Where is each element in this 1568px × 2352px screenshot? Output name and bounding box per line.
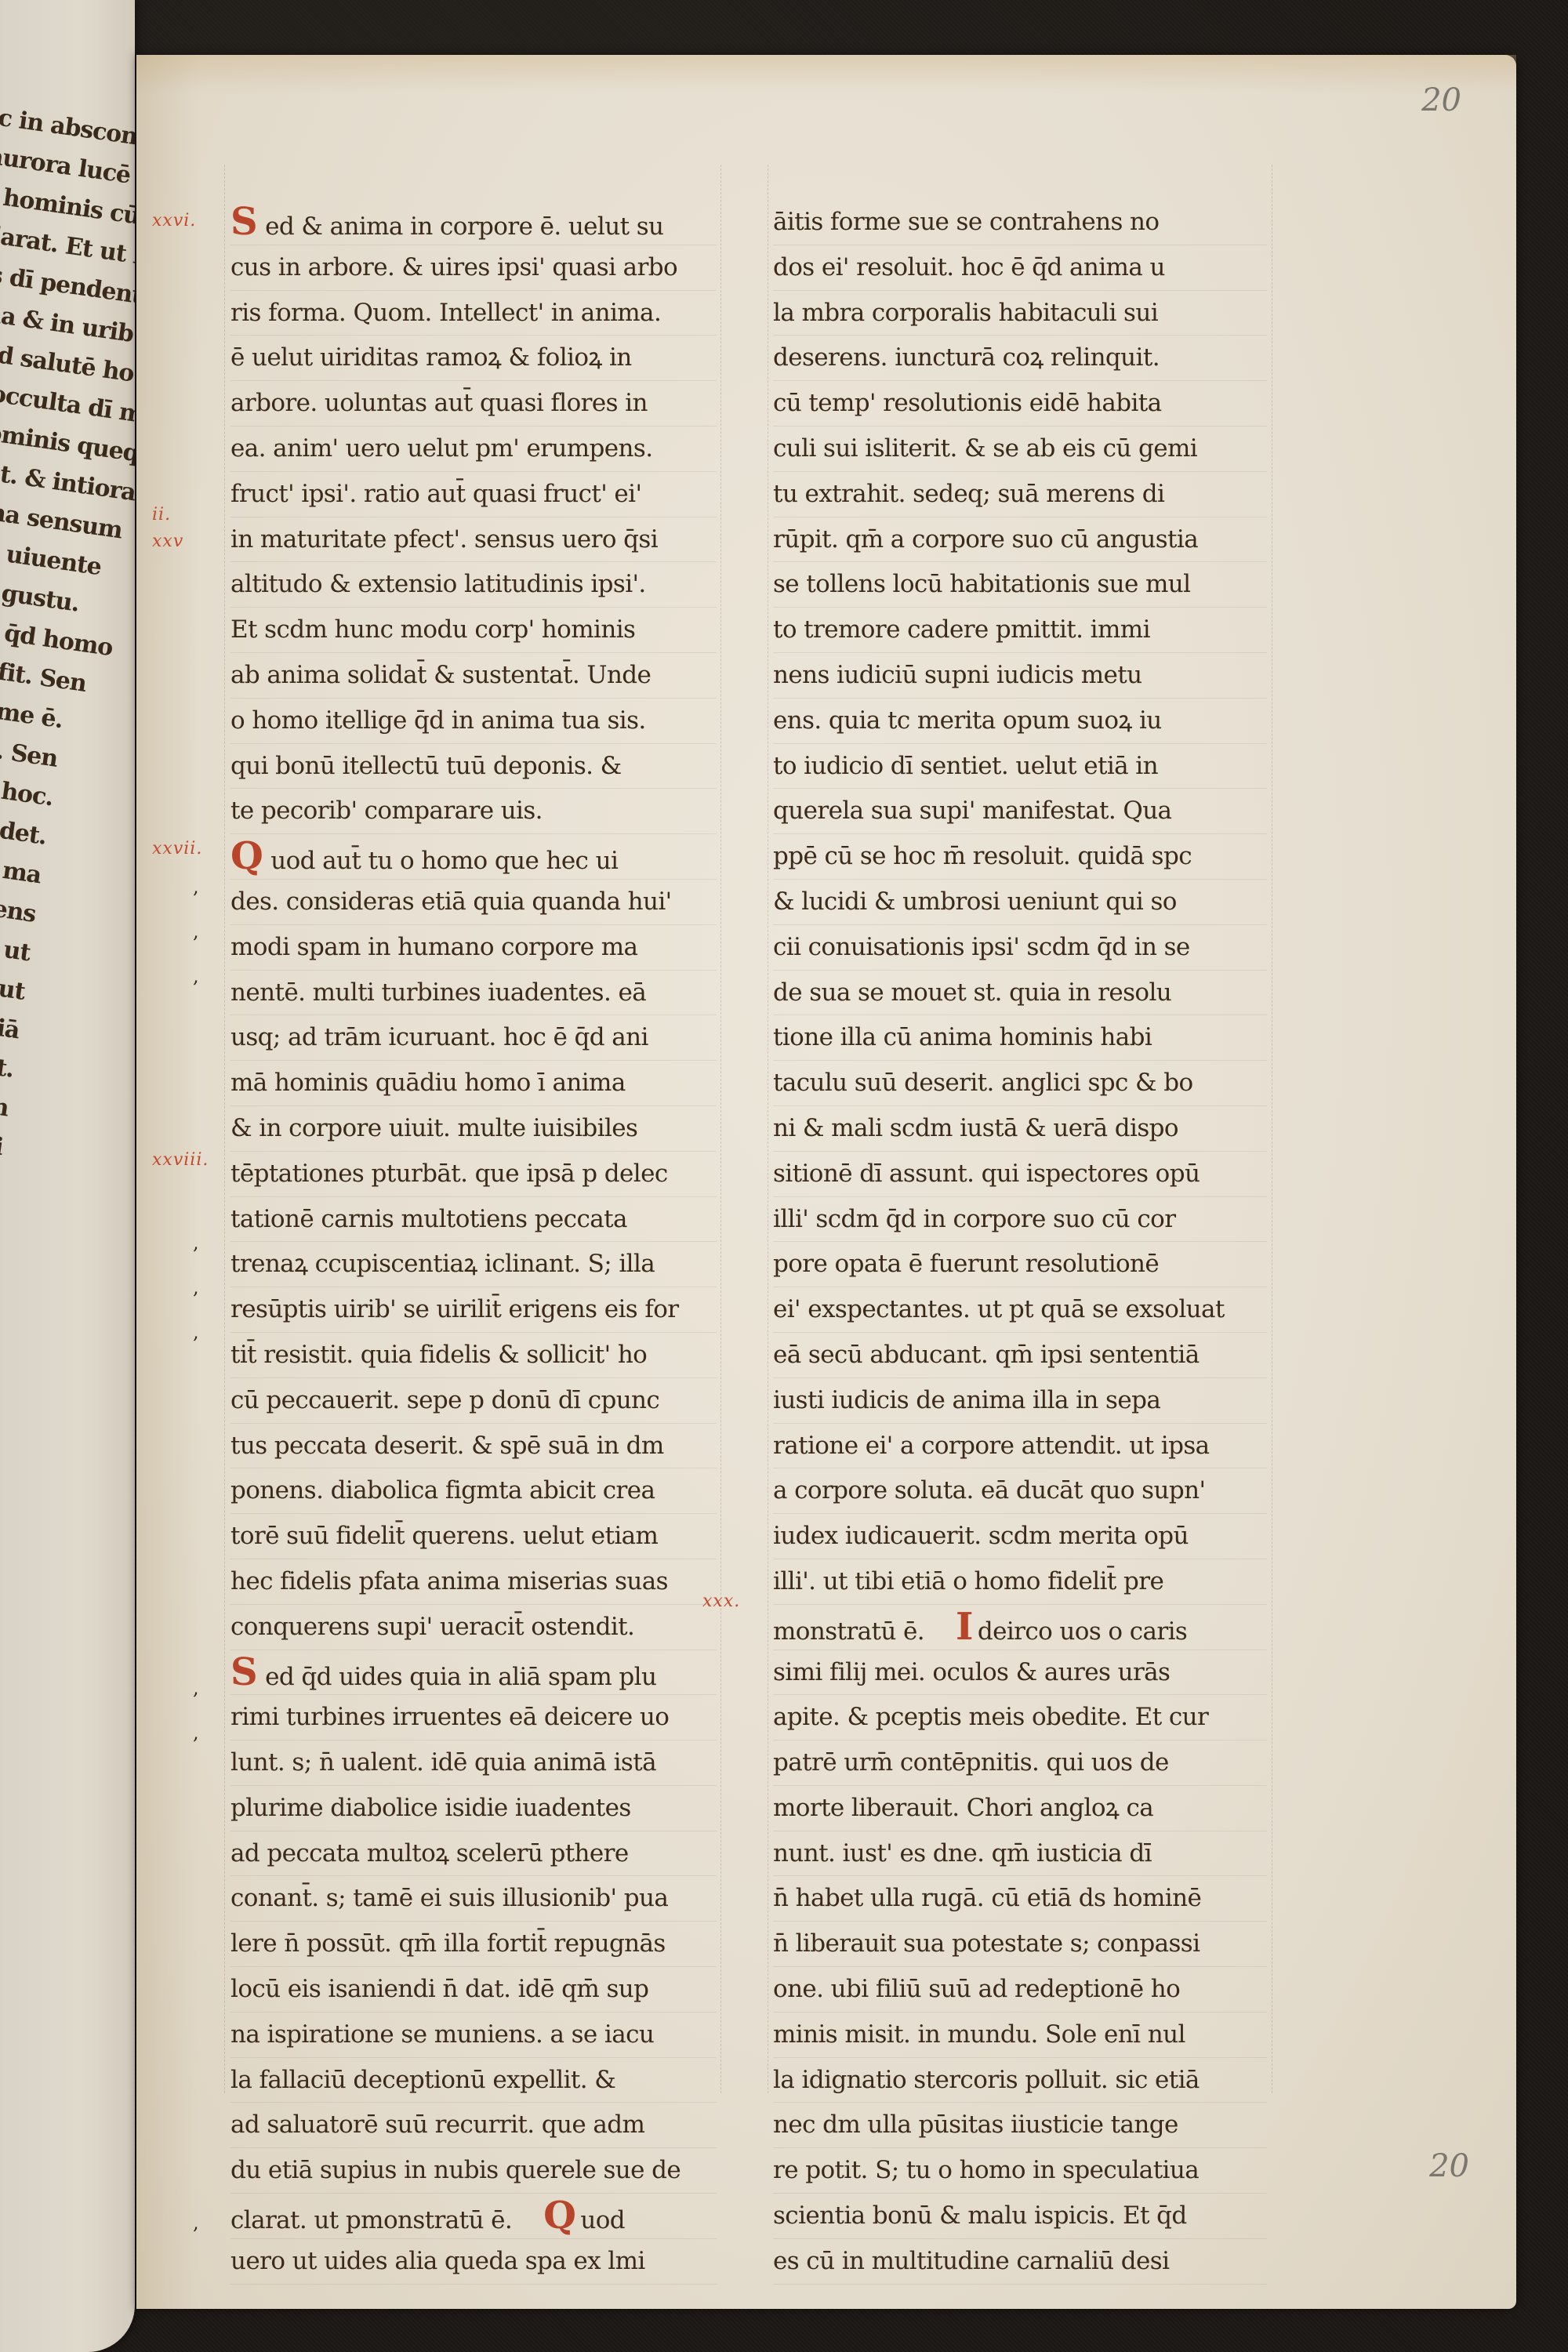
line-text: pore opata ē fuerunt resolutionē: [773, 1250, 1159, 1278]
line-text: simi filij mei. oculos & aures urās: [773, 1658, 1170, 1686]
margin-tick-mark: ,: [193, 2212, 199, 2234]
line-text: la mbra corporalis habitaculi sui: [773, 299, 1158, 327]
text-line: rūpit. qm̄ a corpore suo cū angustia: [773, 517, 1267, 563]
line-text: ab anima solidat̄ & sustentat̄. Unde: [230, 661, 651, 689]
text-line: to tremore cadere pmittit. immi: [773, 608, 1267, 653]
line-text: deserens. iuncturā coꝝ relinquit.: [773, 343, 1160, 372]
text-line: ei' exspectantes. ut pt quā se exsoluat: [773, 1287, 1267, 1333]
line-text: querela sua supi' manifestat. Qua: [773, 797, 1171, 825]
line-text: to iudicio dī sentiet. uelut etiā in: [773, 752, 1158, 780]
text-line: ppē cū se hoc m̄ resoluit. quidā spc: [773, 834, 1267, 880]
ruling-line: [1272, 165, 1272, 2093]
line-text: nentē. multi turbines iuadentes. eā: [230, 978, 646, 1007]
text-line: monstratū ē.Ideirco uos o caris: [773, 1605, 1267, 1650]
ruling-line: [224, 165, 225, 2093]
line-text: conant̄. s; tamē ei suis illusionib' pua: [230, 1884, 668, 1912]
line-text: illi'. ut tibi etiā o homo fidelit̄ pre: [773, 1567, 1163, 1595]
text-line: re potit. S; tu o homo in speculatiua: [773, 2148, 1267, 2194]
foliation-number-top: 20: [1421, 82, 1461, 118]
line-text: ed & anima in corpore ē. uelut su: [265, 212, 663, 241]
margin-tick-mark: ,: [193, 876, 199, 898]
text-line: hec fidelis pfata anima miserias suas: [230, 1559, 717, 1605]
line-text: ea. anim' uero uelut pm' erumpens.: [230, 434, 652, 463]
line-text: ens. quia tc merita opum suoꝝ iu: [773, 706, 1162, 735]
line-text: cū peccauerit. sepe p donū dī cpunc: [230, 1386, 659, 1414]
text-line: des. consideras etiā quia quanda hui': [230, 880, 717, 925]
text-line: trenaꝝ ccupiscentiaꝝ iclinant. S; illa: [230, 1242, 717, 1287]
text-line: n̄ liberauit sua potestate s; conpassi: [773, 1922, 1267, 1967]
line-text: ad peccata multoꝝ scelerū pthere: [230, 1839, 629, 1867]
line-text: tit̄ resistit. quia fidelis & sollicit' …: [230, 1341, 647, 1369]
line-text: uod: [580, 2206, 625, 2234]
line-text: patrē urm̄ contēpnitis. qui uos de: [773, 1748, 1169, 1777]
line-text: qui bonū itellectū tuū deponis. &: [230, 752, 622, 780]
ruling-line: [720, 165, 721, 2093]
text-line: morte liberauit. Chori angloꝝ ca: [773, 1786, 1267, 1831]
text-line: cii conuisationis ipsi' scdm q̄d in se: [773, 925, 1267, 971]
line-text: & in corpore uiuit. multe iuisibiles: [230, 1114, 637, 1142]
text-line: cū peccauerit. sepe p donū dī cpunc: [230, 1378, 717, 1424]
margin-tick-mark: ,: [193, 1232, 199, 1254]
text-line: scientia bonū & malu ispicis. Et q̄d: [773, 2194, 1267, 2239]
rubricated-initial: Q: [543, 2194, 575, 2238]
text-line: la idignatio stercoris polluit. sic etiā: [773, 2058, 1267, 2103]
line-text: apite. & pceptis meis obedite. Et cur: [773, 1703, 1208, 1731]
text-line: Et scdm hunc modu corp' hominis: [230, 608, 717, 653]
rubricated-initial: S: [230, 1650, 257, 1694]
text-line: ponens. diabolica figmta abicit crea: [230, 1468, 717, 1514]
line-text: fruct' ipsi'. ratio aut̄ quasi fruct' ei…: [230, 480, 641, 508]
line-text: ed q̄d uides quia in aliā spam plu: [265, 1663, 656, 1691]
line-text: nens iudiciū supni iudicis metu: [773, 661, 1142, 689]
ruling-line: [768, 165, 768, 2093]
text-line: a corpore soluta. eā ducāt quo supn': [773, 1468, 1267, 1514]
text-line: ni & mali scdm iustā & uerā dispo: [773, 1106, 1267, 1152]
rubricated-initial: I: [956, 1605, 973, 1649]
text-line: querela sua supi' manifestat. Qua: [773, 789, 1267, 834]
line-text: ad saluatorē suū recurrit. que adm: [230, 2111, 644, 2139]
text-line: ad peccata multoꝝ scelerū pthere: [230, 1831, 717, 1877]
text-line: culi sui isliterit. & se ab eis cū gemi: [773, 426, 1267, 472]
text-line: lere n̄ possūt. qm̄ illa fortit̄ repugnā…: [230, 1922, 717, 1967]
line-text: plurime diabolice isidie iuadentes: [230, 1794, 631, 1822]
text-line: conquerens supi' ueracit̄ ostendit.: [230, 1605, 717, 1650]
text-column-right: āitis forme sue se contrahens nodos ei' …: [773, 200, 1267, 2285]
text-line: nentē. multi turbines iuadentes. eā: [230, 971, 717, 1016]
text-line: rimi turbines irruentes eā deicere uo: [230, 1695, 717, 1740]
line-text: to tremore cadere pmittit. immi: [773, 615, 1150, 644]
text-line: āitis forme sue se contrahens no: [773, 200, 1267, 245]
line-text: torē suū fidelit̄ querens. uelut etiam: [230, 1522, 658, 1550]
gutter-shadow: [136, 55, 199, 2309]
text-line: nec dm ulla pūsitas iiusticie tange: [773, 2103, 1267, 2148]
chapter-number-rubric: xxx.: [702, 1592, 740, 1611]
line-text: lunt. s; n̄ ualent. idē quia animā istā: [230, 1748, 656, 1777]
line-text: deirco uos o caris: [978, 1617, 1187, 1646]
line-text: Et scdm hunc modu corp' hominis: [230, 615, 635, 644]
margin-tick-mark: ,: [193, 1276, 199, 1298]
line-text: arbore. uoluntas aut̄ quasi flores in: [230, 389, 648, 417]
text-line: n̄ habet ulla rugā. cū etiā ds hominē: [773, 1876, 1267, 1922]
text-line: fruct' ipsi'. ratio aut̄ quasi fruct' ei…: [230, 472, 717, 517]
line-text: monstratū ē.: [773, 1617, 924, 1646]
text-line: na ispiratione se muniens. a se iacu: [230, 2013, 717, 2058]
text-line: modi spam in humano corpore ma: [230, 925, 717, 971]
line-text: ppē cū se hoc m̄ resoluit. quidā spc: [773, 842, 1192, 870]
text-line: es cū in multitudine carnaliū desi: [773, 2239, 1267, 2285]
line-text: ratione ei' a corpore attendit. ut ipsa: [773, 1432, 1210, 1460]
text-line: tione illa cū anima hominis habi: [773, 1015, 1267, 1061]
line-text: des. consideras etiā quia quanda hui': [230, 887, 672, 916]
line-text: uod aut̄ tu o homo que hec ui: [270, 847, 618, 875]
line-text: es cū in multitudine carnaliū desi: [773, 2247, 1169, 2275]
text-line: in maturitate pfect'. sensus uero q̄si: [230, 517, 717, 563]
text-line: ens. quia tc merita opum suoꝝ iu: [773, 699, 1267, 744]
line-text: trenaꝝ ccupiscentiaꝝ iclinant. S; illa: [230, 1250, 655, 1278]
line-text: culi sui isliterit. & se ab eis cū gemi: [773, 434, 1197, 463]
line-text: uero ut uides alia queda spa ex lmi: [230, 2247, 645, 2275]
line-text: locū eis isaniendi n̄ dat. idē qm̄ sup: [230, 1975, 648, 2003]
text-line: plurime diabolice isidie iuadentes: [230, 1786, 717, 1831]
line-text: mā hominis quādiu homo ī anima: [230, 1069, 626, 1097]
line-text: & lucidi & umbrosi ueniunt qui so: [773, 887, 1177, 916]
text-line: torē suū fidelit̄ querens. uelut etiam: [230, 1514, 717, 1559]
line-text: usq; ad trām icuruant. hoc ē q̄d ani: [230, 1023, 648, 1051]
text-line: uero ut uides alia queda spa ex lmi: [230, 2239, 717, 2285]
line-text: la idignatio stercoris polluit. sic etiā: [773, 2066, 1200, 2094]
text-line: tēptationes pturbāt. que ipsā p delec: [230, 1152, 717, 1197]
rubricated-initial: Q: [230, 834, 263, 878]
line-text: ni & mali scdm iustā & uerā dispo: [773, 1114, 1178, 1142]
text-line: resūptis uirib' se uirilit̄ erigens eis …: [230, 1287, 717, 1333]
line-text: tus peccata deserit. & spē suā in dm: [230, 1432, 664, 1460]
rubricated-initial: S: [230, 200, 257, 244]
text-line: Sed & anima in corpore ē. uelut su: [230, 200, 717, 245]
margin-tick-mark: ,: [193, 1677, 199, 1699]
text-line: ab anima solidat̄ & sustentat̄. Unde: [230, 653, 717, 699]
text-line: iusti iudicis de anima illa in sepa: [773, 1378, 1267, 1424]
chapter-number-rubric: xxv: [152, 532, 183, 551]
text-line: lunt. s; n̄ ualent. idē quia animā istā: [230, 1740, 717, 1786]
text-line: ē uelut uiriditas ramoꝝ & folioꝝ in: [230, 336, 717, 381]
text-line: ea. anim' uero uelut pm' erumpens.: [230, 426, 717, 472]
line-text: cū temp' resolutionis eidē habita: [773, 389, 1162, 417]
line-text: o homo itellige q̄d in anima tua sis.: [230, 706, 646, 735]
line-text: te pecorib' comparare uis.: [230, 797, 543, 825]
line-text: conquerens supi' ueracit̄ ostendit.: [230, 1613, 634, 1641]
margin-tick-mark: ,: [193, 1321, 199, 1343]
previous-page-edge: huc in absconditu mac. aurora lucē dies …: [0, 0, 135, 2352]
text-line: clarat. ut pmonstratū ē.Quod: [230, 2194, 717, 2239]
line-text: de sua se mouet st. quia in resolu: [773, 978, 1171, 1007]
text-line: tationē carnis multotiens peccata: [230, 1197, 717, 1243]
text-line: altitudo & extensio latitudinis ipsi'.: [230, 562, 717, 608]
line-text: ponens. diabolica figmta abicit crea: [230, 1476, 655, 1504]
line-text: ē uelut uiriditas ramoꝝ & folioꝝ in: [230, 343, 632, 372]
line-text: taculu suū deserit. anglici spc & bo: [773, 1069, 1193, 1097]
text-line: conant̄. s; tamē ei suis illusionib' pua: [230, 1876, 717, 1922]
text-line: simi filij mei. oculos & aures urās: [773, 1650, 1267, 1696]
text-line: qui bonū itellectū tuū deponis. &: [230, 744, 717, 789]
line-text: clarat. ut pmonstratū ē.: [230, 2206, 512, 2234]
line-text: rūpit. qm̄ a corpore suo cū angustia: [773, 525, 1198, 554]
text-line: ratione ei' a corpore attendit. ut ipsa: [773, 1424, 1267, 1469]
text-line: Sed q̄d uides quia in aliā spam plu: [230, 1650, 717, 1696]
text-line: te pecorib' comparare uis.: [230, 789, 717, 834]
line-text: iusti iudicis de anima illa in sepa: [773, 1386, 1160, 1414]
text-line: de sua se mouet st. quia in resolu: [773, 971, 1267, 1016]
line-text: minis misit. in mundu. Sole enī nul: [773, 2020, 1185, 2049]
margin-tick-mark: ,: [193, 965, 199, 987]
line-text: hec fidelis pfata anima miserias suas: [230, 1567, 668, 1595]
text-line: apite. & pceptis meis obedite. Et cur: [773, 1695, 1267, 1740]
text-line: cus in arbore. & uires ipsi' quasi arbo: [230, 245, 717, 291]
line-text: āitis forme sue se contrahens no: [773, 208, 1159, 236]
text-line: la mbra corporalis habitaculi sui: [773, 291, 1267, 336]
line-text: scientia bonū & malu ispicis. Et q̄d: [773, 2201, 1187, 2230]
text-line: patrē urm̄ contēpnitis. qui uos de: [773, 1740, 1267, 1786]
line-text: re potit. S; tu o homo in speculatiua: [773, 2156, 1199, 2184]
line-text: lere n̄ possūt. qm̄ illa fortit̄ repugnā…: [230, 1929, 666, 1958]
text-line: nens iudiciū supni iudicis metu: [773, 653, 1267, 699]
line-text: cii conuisationis ipsi' scdm q̄d in se: [773, 933, 1190, 961]
text-line: sitionē dī assunt. qui ispectores opū: [773, 1152, 1267, 1197]
water-stain: [136, 55, 1516, 94]
text-line: Quod aut̄ tu o homo que hec ui: [230, 834, 717, 880]
line-text: du etiā supius in nubis querele sue de: [230, 2156, 681, 2184]
manuscript-folio: 20 20 Sed & anima in corpore ē. uelut su…: [136, 55, 1516, 2309]
foliation-number-bottom: 20: [1429, 2148, 1469, 2184]
line-text: a corpore soluta. eā ducāt quo supn': [773, 1476, 1205, 1504]
text-line: la fallaciū deceptionū expellit. &: [230, 2058, 717, 2103]
line-text: eā secū abducant. qm̄ ipsi sententiā: [773, 1341, 1200, 1369]
text-line: ad saluatorē suū recurrit. que adm: [230, 2103, 717, 2148]
text-line: eā secū abducant. qm̄ ipsi sententiā: [773, 1333, 1267, 1378]
text-column-left: Sed & anima in corpore ē. uelut sucus in…: [230, 200, 717, 2285]
line-text: na ispiratione se muniens. a se iacu: [230, 2020, 654, 2049]
text-line: & lucidi & umbrosi ueniunt qui so: [773, 880, 1267, 925]
text-line: ris forma. Quom. Intellect' in anima.: [230, 291, 717, 336]
chapter-number-rubric: xxvii.: [152, 839, 202, 858]
text-line: iudex iudicauerit. scdm merita opū: [773, 1514, 1267, 1559]
line-text: morte liberauit. Chori angloꝝ ca: [773, 1794, 1153, 1822]
line-text: in maturitate pfect'. sensus uero q̄si: [230, 525, 658, 554]
text-line: dos ei' resoluit. hoc ē q̄d anima u: [773, 245, 1267, 291]
chapter-number-rubric: xxviii.: [152, 1150, 209, 1170]
text-line: usq; ad trām icuruant. hoc ē q̄d ani: [230, 1015, 717, 1061]
text-line: locū eis isaniendi n̄ dat. idē qm̄ sup: [230, 1967, 717, 2013]
line-text: sitionē dī assunt. qui ispectores opū: [773, 1160, 1200, 1188]
line-text: nunt. iust' es dne. qm̄ iusticia dī: [773, 1839, 1152, 1867]
text-line: illi'. ut tibi etiā o homo fidelit̄ pre: [773, 1559, 1267, 1605]
line-text: n̄ liberauit sua potestate s; conpassi: [773, 1929, 1200, 1958]
text-line: taculu suū deserit. anglici spc & bo: [773, 1061, 1267, 1106]
line-text: se tollens locū habitationis sue mul: [773, 570, 1190, 598]
line-text: altitudo & extensio latitudinis ipsi'.: [230, 570, 646, 598]
text-line: to iudicio dī sentiet. uelut etiā in: [773, 744, 1267, 789]
text-line: one. ubi filiū suū ad redeptionē ho: [773, 1967, 1267, 2013]
text-line: pore opata ē fuerunt resolutionē: [773, 1242, 1267, 1287]
line-text: nec dm ulla pūsitas iiusticie tange: [773, 2111, 1178, 2139]
text-line: illi' scdm q̄d in corpore suo cū cor: [773, 1197, 1267, 1243]
text-line: se tollens locū habitationis sue mul: [773, 562, 1267, 608]
margin-tick-mark: ,: [193, 1722, 199, 1744]
text-line: cū temp' resolutionis eidē habita: [773, 381, 1267, 426]
line-text: rimi turbines irruentes eā deicere uo: [230, 1703, 669, 1731]
text-line: arbore. uoluntas aut̄ quasi flores in: [230, 381, 717, 426]
text-line: du etiā supius in nubis querele sue de: [230, 2148, 717, 2194]
chapter-number-rubric: xxvi.: [152, 211, 196, 230]
text-line: o homo itellige q̄d in anima tua sis.: [230, 699, 717, 744]
text-line: tu extrahit. sedeq; suā merens di: [773, 472, 1267, 517]
chapter-number-rubric: ii.: [152, 505, 171, 524]
line-text: resūptis uirib' se uirilit̄ erigens eis …: [230, 1295, 679, 1323]
line-text: cus in arbore. & uires ipsi' quasi arbo: [230, 253, 677, 281]
line-text: ris forma. Quom. Intellect' in anima.: [230, 299, 661, 327]
text-line: tit̄ resistit. quia fidelis & sollicit' …: [230, 1333, 717, 1378]
line-text: tione illa cū anima hominis habi: [773, 1023, 1152, 1051]
text-line: mā hominis quādiu homo ī anima: [230, 1061, 717, 1106]
line-text: la fallaciū deceptionū expellit. &: [230, 2066, 615, 2094]
text-line: tus peccata deserit. & spē suā in dm: [230, 1424, 717, 1469]
line-text: ei' exspectantes. ut pt quā se exsoluat: [773, 1295, 1225, 1323]
line-text: tēptationes pturbāt. que ipsā p delec: [230, 1160, 668, 1188]
text-line: nunt. iust' es dne. qm̄ iusticia dī: [773, 1831, 1267, 1877]
line-text: modi spam in humano corpore ma: [230, 933, 637, 961]
margin-tick-mark: ,: [193, 920, 199, 942]
text-line: & in corpore uiuit. multe iuisibiles: [230, 1106, 717, 1152]
line-text: one. ubi filiū suū ad redeptionē ho: [773, 1975, 1180, 2003]
line-text: n̄ habet ulla rugā. cū etiā ds hominē: [773, 1884, 1201, 1912]
text-line: deserens. iuncturā coꝝ relinquit.: [773, 336, 1267, 381]
line-text: dos ei' resoluit. hoc ē q̄d anima u: [773, 253, 1165, 281]
text-line: minis misit. in mundu. Sole enī nul: [773, 2013, 1267, 2058]
line-text: illi' scdm q̄d in corpore suo cū cor: [773, 1205, 1175, 1233]
line-text: tationē carnis multotiens peccata: [230, 1205, 627, 1233]
line-text: iudex iudicauerit. scdm merita opū: [773, 1522, 1189, 1550]
line-text: tu extrahit. sedeq; suā merens di: [773, 480, 1164, 508]
previous-page-text: huc in absconditu mac. aurora lucē dies …: [0, 94, 135, 1905]
